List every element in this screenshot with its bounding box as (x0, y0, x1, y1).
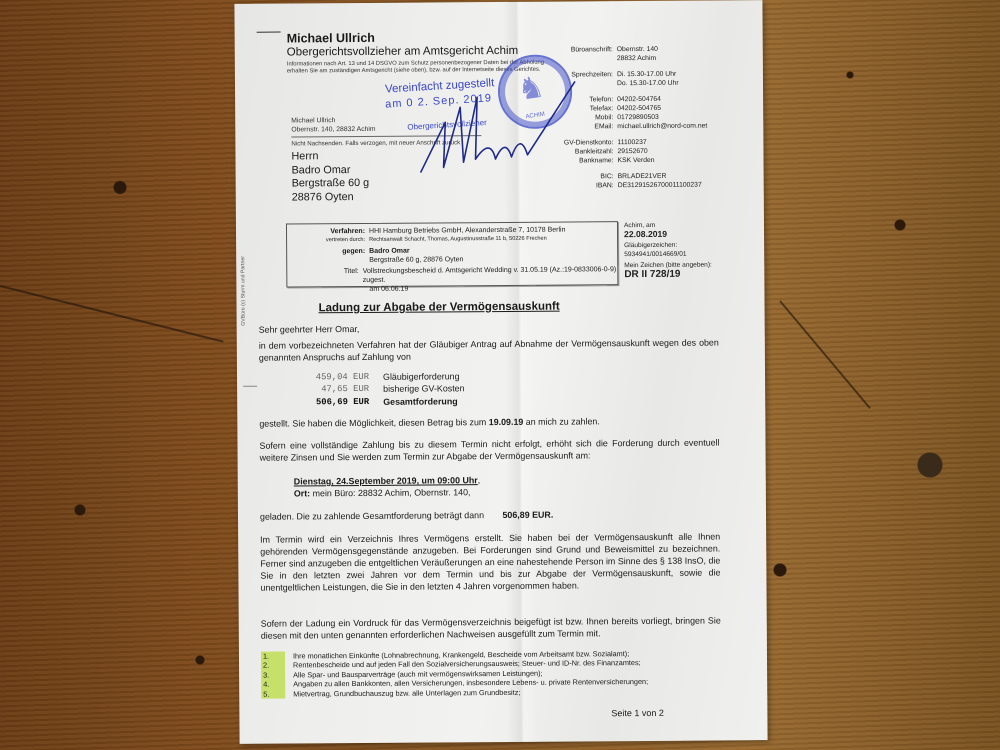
no-forward-note: Nicht Nachsenden. Falls verzogen, mit ne… (291, 139, 460, 147)
creditor-attorney: Rechtsanwalt Schacht, Thomas, Augustinus… (369, 235, 547, 245)
delivery-stamp-date: am 0 2. Sep. 2019 (385, 92, 492, 110)
letter-page: GVBüro (c) Sturm und Partner Michael Ull… (234, 0, 767, 744)
greeting: Sehr geehrter Herr Omar, (259, 320, 719, 335)
appointment-datetime: Dienstag, 24.September 2019, um 09:00 Uh… (294, 475, 478, 486)
debtor-name: Badro Omar (369, 247, 410, 256)
table-scratch (779, 300, 871, 409)
intro-paragraph: in dem vorbezeichneten Verfahren hat der… (259, 336, 719, 363)
horse-seal-icon: ♞ (515, 70, 547, 109)
appointment-location: mein Büro: 28832 Achim, Obernstr. 140, (313, 487, 471, 498)
document-title: Ladung zur Abgabe der Vermögensauskunft (319, 301, 560, 315)
payment-deadline-sentence: gestellt. Sie haben die Möglichkeit, die… (259, 414, 719, 429)
letter-date: 22.08.2019 (624, 230, 712, 240)
appointment: Dienstag, 24.September 2019, um 09:00 Uh… (294, 474, 481, 499)
seal-text-bottom: ACHIM (525, 112, 545, 121)
fold-mark (243, 386, 257, 387)
required-documents-list: 1.Ihre monatlichen Einkünfte (Lohnabrech… (261, 649, 648, 699)
table-scratch (0, 285, 223, 343)
case-details-box: Verfahren: HHI Hamburg Betriebs GmbH, Al… (286, 221, 618, 287)
recipient-address: Herrn Badro Omar Bergstraße 60 g 28876 O… (291, 150, 369, 205)
inventory-paragraph: Im Termin wird ein Verzeichnis Ihres Ver… (260, 530, 720, 593)
delivery-stamp-line3: Obergerichtsvollzieher (407, 118, 487, 132)
amount-total-row: 506,69 EURGesamtforderung (277, 395, 464, 409)
reference-block: Achim, am 22.08.2019 Gläubigerzeichen: 5… (624, 221, 712, 280)
file-reference: DR II 728/19 (624, 270, 712, 280)
creditor-reference: 5934941/0014669/01 (624, 250, 712, 260)
legal-title: Vollstreckungsbescheid d. Amtsgericht We… (363, 265, 618, 285)
header-rule (257, 32, 281, 33)
address-divider (291, 135, 481, 137)
sender-name: Michael Ullrich (287, 31, 375, 46)
amounts-table: 459,04 EURGläubigerforderung47,65 EURbis… (277, 370, 465, 409)
return-address: Michael Ullrich Obernstr. 140, 28832 Ach… (291, 116, 375, 135)
total-due: 506,89 EUR. (502, 510, 553, 520)
seal-text-top: · · · · · · · · · (510, 59, 542, 70)
page-indicator: Seite 1 von 2 (611, 708, 664, 718)
summons-sentence: geladen. Die zu zahlende Gesamtforderung… (260, 507, 720, 522)
default-paragraph: Sofern eine vollständige Zahlung bis zu … (259, 436, 719, 463)
software-imprint: GVBüro (c) Sturm und Partner (240, 256, 246, 326)
contact-info-row: IBAN:DE31291526700011100237 (526, 181, 708, 191)
list-item: 5.Mietvertrag, Grundbuchauszug bzw. alle… (261, 687, 648, 699)
sender-title: Obergerichtsvollzieher am Amtsgericht Ac… (287, 45, 518, 59)
payment-deadline: 19.09.19 (489, 417, 524, 427)
debtor-address: Bergstraße 60 g, 28876 Oyten (369, 255, 463, 265)
form-paragraph: Sofern der Ladung ein Vordruck für das V… (261, 614, 721, 641)
